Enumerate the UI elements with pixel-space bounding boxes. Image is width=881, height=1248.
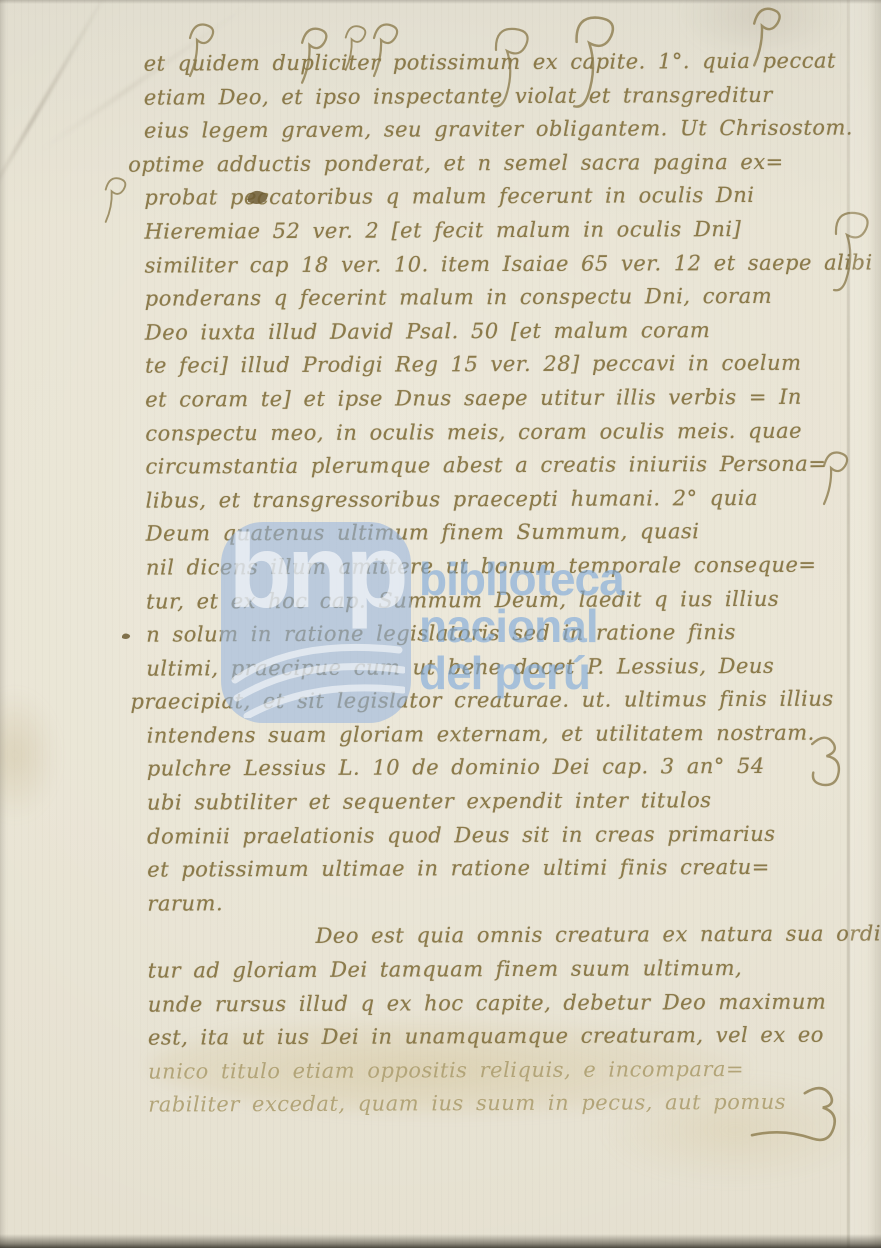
handwriting-line: optime adductis ponderat, et n semel sac…	[128, 145, 876, 182]
handwriting-line: et coram te] et ipse Dnus saepe utitur i…	[145, 380, 877, 417]
handwriting-line: est, ita ut ius Dei in unamquamque creat…	[148, 1019, 880, 1056]
handwriting-line: conspectu meo, in oculis meis, coram ocu…	[145, 414, 877, 451]
handwriting-line: unico titulo etiam oppositis reliquis, e…	[148, 1052, 880, 1089]
handwriting-line: Deo est quia omnis creatura ex natura su…	[147, 918, 879, 955]
manuscript-page: et quidem dupliciter potissimum ex capit…	[0, 0, 881, 1248]
handwriting-block: et quidem dupliciter potissimum ex capit…	[144, 44, 881, 1122]
handwriting-line: similiter cap 18 ver. 10. item Isaiae 65…	[145, 246, 877, 283]
handwriting-line: tur ad gloriam Dei tamquam finem suum ul…	[148, 951, 880, 988]
handwriting-line: praecipiat, et sit legislator creaturae.…	[130, 683, 878, 720]
paper-stain	[0, 690, 58, 820]
handwriting-line: rabiliter excedat, quam ius suum in pecu…	[148, 1086, 880, 1123]
handwriting-line: et quidem dupliciter potissimum ex capit…	[144, 44, 876, 81]
handwriting-line: ubi subtiliter et sequenter expendit int…	[147, 783, 879, 820]
page-bottom-shadow	[0, 1234, 881, 1248]
handwriting-line: ultimi, praecipue cum ut bene docet P. L…	[146, 649, 878, 686]
handwriting-line: Deo iuxta illud David Psal. 50 [et malum…	[145, 313, 877, 350]
handwriting-line: unde rursus illud q ex hoc capite, debet…	[148, 985, 880, 1022]
handwriting-line: etiam Deo, et ipso inspectante violat et…	[144, 78, 876, 115]
handwriting-line: tur, et ex hoc cap. Summum Deum, laedit …	[146, 582, 878, 619]
handwriting-line: et potissimum ultimae in ratione ultimi …	[147, 851, 879, 888]
handwriting-line: Deum quatenus ultimum finem Summum, quas…	[146, 515, 878, 552]
paper-crease	[0, 0, 114, 198]
handwriting-line: intendens suam gloriam externam, et util…	[147, 716, 879, 753]
handwriting-line: te feci] illud Prodigi Reg 15 ver. 28] p…	[145, 347, 877, 384]
handwriting-line: pulchre Lessius L. 10 de dominio Dei cap…	[147, 750, 879, 787]
handwriting-line: probat peccatoribus q malum fecerunt in …	[144, 179, 876, 216]
ink-flourish-loop-tail	[106, 178, 126, 222]
handwriting-line: dominii praelationis quod Deus sit in cr…	[147, 817, 879, 854]
handwriting-line: nil dicens illum amittere ut bonum tempo…	[146, 548, 878, 585]
handwriting-line: n solum in ratione legislatoris sed in r…	[146, 615, 878, 652]
handwriting-line: Hieremiae 52 ver. 2 [et fecit malum in o…	[144, 212, 876, 249]
page-left-edge	[0, 0, 7, 1248]
handwriting-line: libus, et transgressoribus praecepti hum…	[146, 481, 878, 518]
handwriting-line: ponderans q fecerint malum in conspectu …	[145, 280, 877, 317]
handwriting-line: eius legem gravem, seu graviter obligant…	[144, 112, 876, 149]
ink-flourish-blot	[122, 634, 130, 639]
handwriting-line: rarum.	[147, 884, 879, 921]
handwriting-line: circumstantia plerumque abest a creatis …	[145, 448, 877, 485]
